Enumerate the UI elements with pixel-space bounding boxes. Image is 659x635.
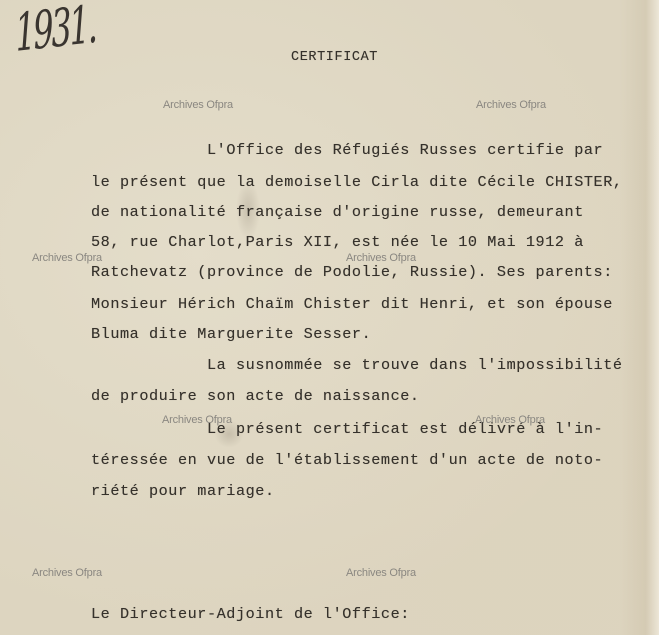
watermark-text: Archives Ofpra <box>475 414 545 426</box>
watermark-text: Archives Ofpra <box>162 414 232 426</box>
body-line-1: L'Office des Réfugiés Russes certifie pa… <box>207 141 603 159</box>
watermark-text: Archives Ofpra <box>32 252 102 264</box>
signature-line: Le Directeur-Adjoint de l'Office: <box>91 605 410 623</box>
body-line-7: Bluma dite Marguerite Sesser. <box>91 325 371 343</box>
body-line-5: Ratchevatz (province de Podolie, Russie)… <box>91 263 613 281</box>
watermark-text: Archives Ofpra <box>163 99 233 111</box>
body-line-2: le présent que la demoiselle Cirla dite … <box>91 173 623 191</box>
body-line-12: riété pour mariage. <box>91 482 275 500</box>
body-line-8: La susnommée se trouve dans l'impossibil… <box>207 356 623 374</box>
watermark-text: Archives Ofpra <box>32 567 102 579</box>
document-title: CERTIFICAT <box>291 50 378 65</box>
body-line-11: téressée en vue de l'établissement d'un … <box>91 451 603 469</box>
handwritten-year-note: 1931. <box>14 0 96 64</box>
watermark-text: Archives Ofpra <box>346 252 416 264</box>
scanned-document-page: 1931. CERTIFICAT L'Office des Réfugiés R… <box>0 0 659 635</box>
body-line-4: 58, rue Charlot,Paris XII, est née le 10… <box>91 233 584 251</box>
body-line-6: Monsieur Hérich Chaïm Chister dit Henri,… <box>91 295 613 313</box>
body-line-3: de nationalité française d'origine russe… <box>91 203 584 221</box>
body-line-9: de produire son acte de naissance. <box>91 387 420 405</box>
watermark-text: Archives Ofpra <box>346 567 416 579</box>
watermark-text: Archives Ofpra <box>476 99 546 111</box>
